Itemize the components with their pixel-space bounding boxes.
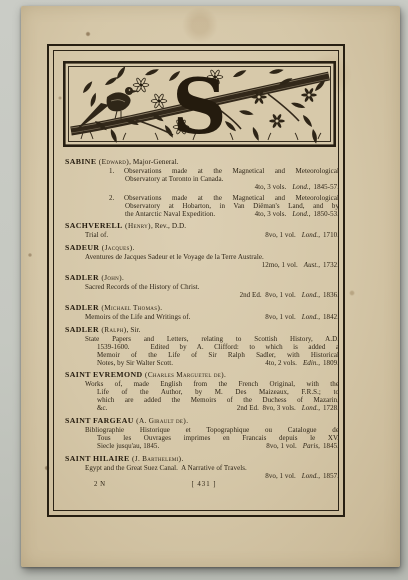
imprint: 4to, 3 vols.Lond.,1850-53. <box>255 210 339 218</box>
author-surname: SAINT EVREMOND <box>65 370 143 379</box>
entry-text: Egypt and the Great Suez Canal. A Narrat… <box>85 464 247 472</box>
entry-text: Observations made at the Magnetical and … <box>124 194 339 202</box>
entry-text: which are added the Memoirs of the Duche… <box>97 396 339 404</box>
headpiece-ornament: S <box>63 61 336 147</box>
entry-text: Observations made at the Magnetical and … <box>124 167 339 175</box>
imprint-date: 1842. <box>323 313 339 321</box>
imprint-place: Lond., <box>302 313 320 321</box>
entry-text: Aventures de Jacques Sadeur et le Voyage… <box>85 253 264 261</box>
entry-text: Notes, by Sir Walter Scott. <box>97 359 173 367</box>
entry-line: 2.Observations made at the Magnetical an… <box>65 194 341 202</box>
entry-line: Observatory at Hobarton, in Van Diëman's… <box>65 202 341 210</box>
author-given-name: Ralph <box>104 326 123 334</box>
imprint-date: 1710. <box>323 231 339 239</box>
page-footer: 2 N [ 431 ] <box>54 481 338 493</box>
author-heading: SADEUR (Jacques). <box>65 243 341 253</box>
entry-text: Observatory at Hobarton, in Van Diëman's… <box>125 202 339 210</box>
entry-line: Siecle jusqu'au, 1845.8vo, 1 vol.Paris,1… <box>65 442 341 450</box>
imprint: 8vo, 1 vol.Lond.,1842. <box>265 313 339 321</box>
imprint-format: 8vo, 1 vol. <box>265 231 296 239</box>
bibliography-entry: SACHVERELL (Henry), Rev., D.D.Trial of.8… <box>65 221 341 239</box>
author-given-name: A. Girault de <box>139 417 183 425</box>
author-given-name: Charles Marguetel de <box>148 371 221 379</box>
entry-text: Bibliographie Historique et Topographiqu… <box>85 426 339 434</box>
author-heading: SADLER (Michael Thomas). <box>65 303 341 313</box>
entry-line: Memoir of the Life of Sir Ralph Sadler, … <box>65 351 341 359</box>
author-title-suffix: . <box>224 371 226 379</box>
author-given-name: J. Barthelemi <box>135 455 179 463</box>
entry-line: 12mo, 1 vol.Aust.,1732. <box>65 261 341 269</box>
author-surname: SACHVERELL <box>65 221 123 230</box>
author-heading: SABINE (Edward), Major-General. <box>65 157 341 167</box>
bibliography-entry: SAINT FARGEAU (A. Girault de).Bibliograp… <box>65 416 341 450</box>
entry-text: State Papers and Letters, relating to Sc… <box>85 335 339 343</box>
entry-text: Tous les Ouvrages imprimes en Francais d… <box>97 434 339 442</box>
imprint-place: Lond., <box>292 183 310 191</box>
entry-line: Memoirs of the Life and Writings of.8vo,… <box>65 313 341 321</box>
imprint: 8vo, 1 vol.Paris,1845. <box>266 442 339 450</box>
imprint: 12mo, 1 vol.Aust.,1732. <box>262 261 339 269</box>
author-surname: SABINE <box>65 157 96 166</box>
imprint: 2nd Ed. 8vo, 1 vol.Lond.,1836. <box>240 291 339 299</box>
imprint-format: 2nd Ed. 8vo, 1 vol. <box>240 291 296 299</box>
author-title-suffix: . <box>186 417 188 425</box>
imprint-date: 1809. <box>323 359 339 367</box>
imprint: 8vo, 1 vol.Lond.,1857. <box>265 472 339 480</box>
bibliography-entry: SADEUR (Jacques).Aventures de Jacques Sa… <box>65 243 341 269</box>
entry-line: Works of, made English from the French O… <box>65 380 341 388</box>
entry-text: Observatory at Toronto in Canada. <box>125 175 223 183</box>
bibliography-entries: SABINE (Edward), Major-General.1.Observa… <box>65 157 341 484</box>
entry-text: Memoir of the Life of Sir Ralph Sadler, … <box>97 351 339 359</box>
author-heading: SADLER (Ralph), Sir. <box>65 325 341 335</box>
imprint: 8vo, 1 vol.Lond.,1710. <box>265 231 339 239</box>
author-surname: SAINT FARGEAU <box>65 416 134 425</box>
entry-line: Life of the Author, by M. Des Maizeaux, … <box>65 388 341 396</box>
entry-line: 2nd Ed. 8vo, 1 vol.Lond.,1836. <box>65 291 341 299</box>
entry-line: which are added the Memoirs of the Duche… <box>65 396 341 404</box>
imprint-format: 8vo, 1 vol. <box>265 472 296 480</box>
entry-text: Sacred Records of the History of Christ. <box>85 283 200 291</box>
headpiece-engraving: S <box>63 61 336 147</box>
imprint: 2nd Ed. 8vo, 3 vols.Lond.,1728. <box>237 404 339 412</box>
entry-line: State Papers and Letters, relating to Sc… <box>65 335 341 343</box>
imprint-date: 1845. <box>323 442 339 450</box>
page-number: [ 431 ] <box>172 481 236 488</box>
book-page-photo: S SABINE (Edward), Major-General.1.Obser… <box>21 6 400 567</box>
item-number: 2. <box>109 194 124 202</box>
page-border-inner: S SABINE (Edward), Major-General.1.Obser… <box>53 50 339 511</box>
bibliography-entry: SAINT HILAIRE (J. Barthelemi).Egypt and … <box>65 454 341 480</box>
entry-text: the Antarctic Naval Expedition. <box>125 210 215 218</box>
imprint-format: 4to, 3 vols. <box>255 183 287 191</box>
entry-line: 1.Observations made at the Magnetical an… <box>65 167 341 175</box>
item-number: 1. <box>109 167 124 175</box>
imprint: 4to, 2 vols.Edin.,1809. <box>265 359 339 367</box>
imprint-date: 1732. <box>323 261 339 269</box>
author-surname: SADLER <box>65 273 99 282</box>
imprint-place: Edin., <box>303 359 320 367</box>
entry-line: Egypt and the Great Suez Canal. A Narrat… <box>65 464 341 472</box>
imprint-format: 8vo, 1 vol. <box>266 442 297 450</box>
signature-mark: 2 N <box>94 481 106 488</box>
author-title-suffix: . <box>160 304 162 312</box>
imprint-date: 1845-57. <box>314 183 339 191</box>
entry-line: Trial of.8vo, 1 vol.Lond.,1710. <box>65 231 341 239</box>
page-border-outer: S SABINE (Edward), Major-General.1.Obser… <box>47 44 345 517</box>
entry-text: Works of, made English from the French O… <box>85 380 339 388</box>
imprint-date: 1836. <box>323 291 339 299</box>
imprint: 4to, 3 vols.Lond.,1845-57. <box>255 183 339 191</box>
entry-line: &c.2nd Ed. 8vo, 3 vols.Lond.,1728. <box>65 404 341 412</box>
author-given-name: Jacques <box>105 244 130 252</box>
entry-line: Sacred Records of the History of Christ. <box>65 283 341 291</box>
entry-text: Trial of. <box>85 231 108 239</box>
imprint-place: Lond., <box>302 404 320 412</box>
author-title-suffix: , Sir. <box>127 326 141 334</box>
entry-line: Tous les Ouvrages imprimes en Francais d… <box>65 434 341 442</box>
author-given-name: Michael Thomas <box>104 304 157 312</box>
bibliography-entry: SADLER (Ralph), Sir.State Papers and Let… <box>65 325 341 367</box>
imprint-format: 2nd Ed. 8vo, 3 vols. <box>237 404 296 412</box>
author-surname: SAINT HILAIRE <box>65 454 130 463</box>
imprint-format: 4to, 2 vols. <box>265 359 297 367</box>
entry-text: Siecle jusqu'au, 1845. <box>97 442 159 450</box>
entry-line: 1539-1600. Edited by A. Clifford: to whi… <box>65 343 341 351</box>
imprint-date: 1850-53. <box>314 210 339 218</box>
entry-line: Observatory at Toronto in Canada. <box>65 175 341 183</box>
entry-text: &c. <box>97 404 107 412</box>
author-heading: SAINT FARGEAU (A. Girault de). <box>65 416 341 426</box>
bibliography-entry: SABINE (Edward), Major-General.1.Observa… <box>65 157 341 218</box>
bibliography-entry: SADLER (John).Sacred Records of the Hist… <box>65 273 341 299</box>
bibliography-entry: SADLER (Michael Thomas).Memoirs of the L… <box>65 303 341 321</box>
author-given-name: Edward <box>102 158 127 166</box>
author-title-suffix: , Major-General. <box>129 158 179 166</box>
imprint-place: Aust., <box>304 261 320 269</box>
imprint-place: Lond., <box>302 291 320 299</box>
author-surname: SADLER <box>65 325 99 334</box>
author-given-name: John <box>104 274 119 282</box>
author-heading: SAINT HILAIRE (J. Barthelemi). <box>65 454 341 464</box>
author-title-suffix: . <box>133 244 135 252</box>
imprint-format: 12mo, 1 vol. <box>262 261 298 269</box>
entry-line: Notes, by Sir Walter Scott.4to, 2 vols.E… <box>65 359 341 367</box>
author-title-suffix: , Rev., D.D. <box>151 222 186 230</box>
imprint-date: 1857. <box>323 472 339 480</box>
author-heading: SACHVERELL (Henry), Rev., D.D. <box>65 221 341 231</box>
entry-line: 4to, 3 vols.Lond.,1845-57. <box>65 183 341 191</box>
author-heading: SADLER (John). <box>65 273 341 283</box>
bibliography-entry: SAINT EVREMOND (Charles Marguetel de).Wo… <box>65 370 341 412</box>
entry-text: 1539-1600. Edited by A. Clifford: to whi… <box>97 343 339 351</box>
entry-line: Bibliographie Historique et Topographiqu… <box>65 426 341 434</box>
imprint-place: Lond., <box>302 472 320 480</box>
author-surname: SADLER <box>65 303 99 312</box>
author-heading: SAINT EVREMOND (Charles Marguetel de). <box>65 370 341 380</box>
entry-text: Memoirs of the Life and Writings of. <box>85 313 190 321</box>
imprint-place: Paris, <box>303 442 320 450</box>
ornament-letter-s: S <box>172 62 227 147</box>
entry-line: Aventures de Jacques Sadeur et le Voyage… <box>65 253 341 261</box>
author-given-name: Henry <box>128 222 148 230</box>
author-title-suffix: . <box>181 455 183 463</box>
author-surname: SADEUR <box>65 243 99 252</box>
imprint-format: 8vo, 1 vol. <box>265 313 296 321</box>
entry-line: the Antarctic Naval Expedition.4to, 3 vo… <box>65 210 341 218</box>
author-title-suffix: . <box>122 274 124 282</box>
imprint-place: Lond., <box>302 231 320 239</box>
entry-line: 8vo, 1 vol.Lond.,1857. <box>65 472 341 480</box>
entry-text: Life of the Author, by M. Des Maizeaux, … <box>97 388 339 396</box>
imprint-place: Lond., <box>292 210 310 218</box>
imprint-date: 1728. <box>323 404 339 412</box>
imprint-format: 4to, 3 vols. <box>255 210 287 218</box>
